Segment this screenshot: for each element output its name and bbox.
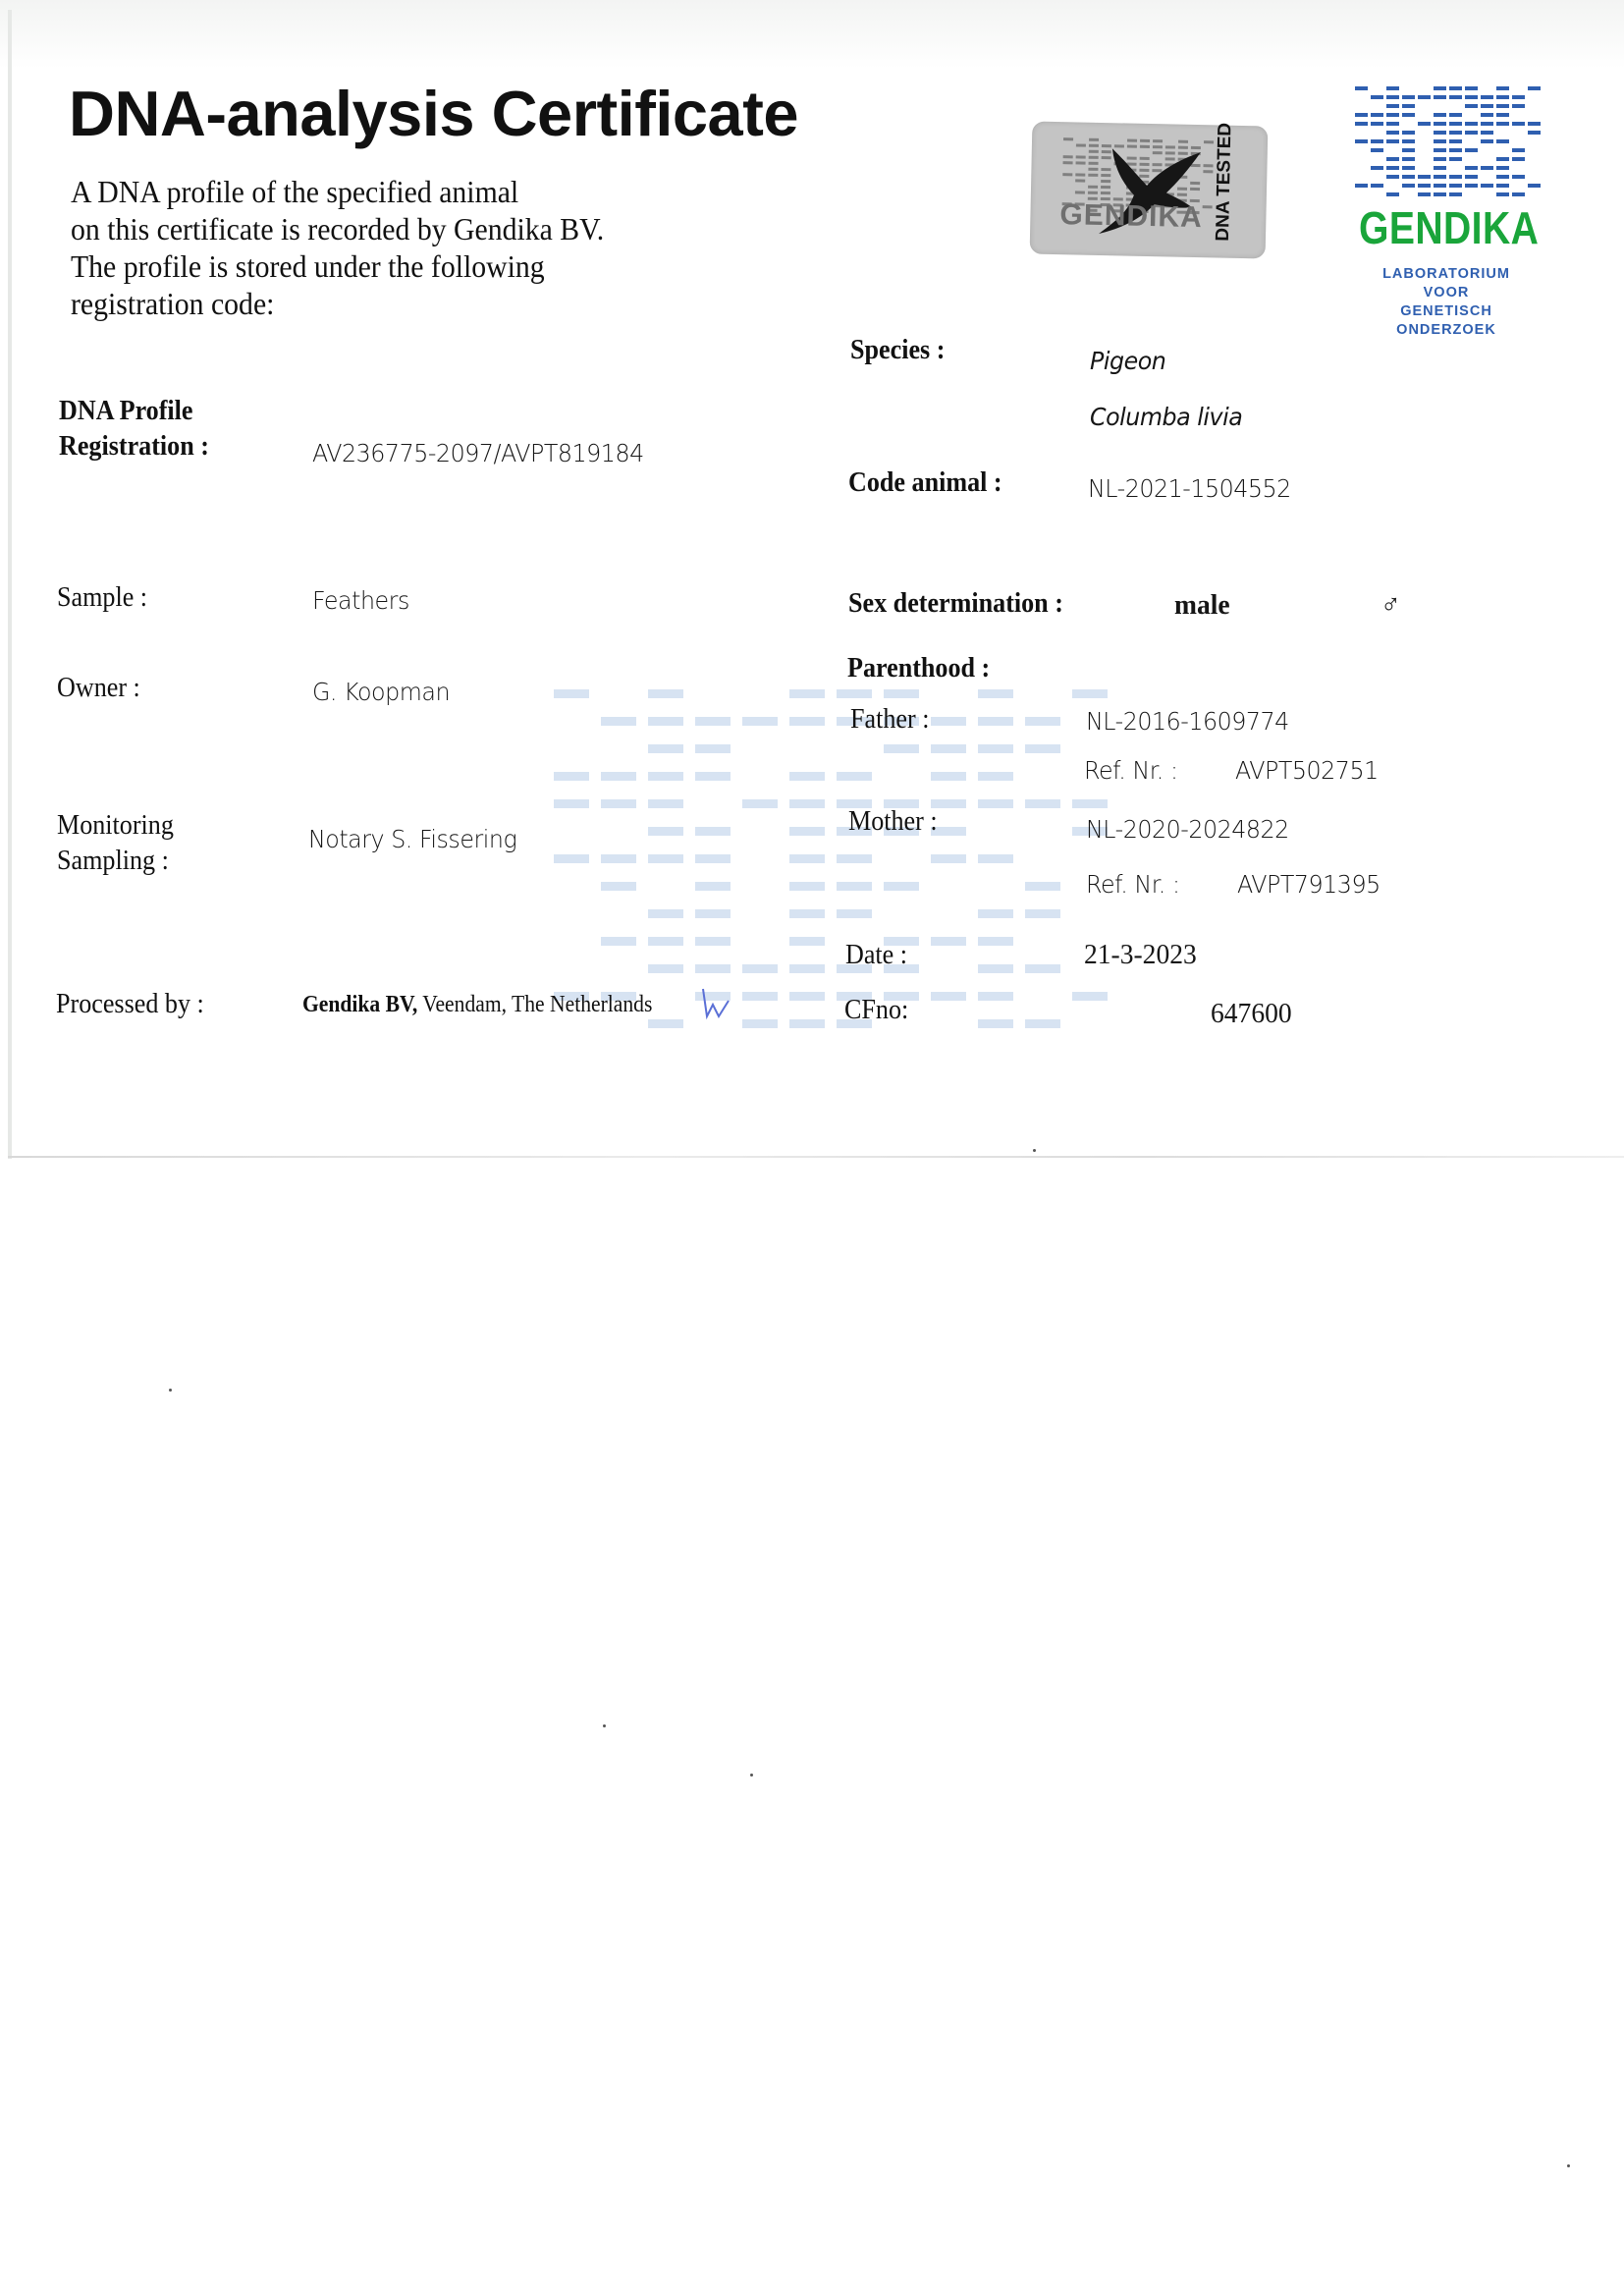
logo-subtitle-line: GENETISCH ONDERZOEK xyxy=(1358,302,1535,340)
species-latin: Columba livia xyxy=(1090,403,1242,431)
mother-ref-label: Ref. Nr. : xyxy=(1086,870,1179,899)
logo-name: GENDIKA xyxy=(1359,201,1539,254)
scan-speck xyxy=(750,1774,753,1777)
registration-label-line1: DNA Profile xyxy=(59,395,193,427)
scan-speck xyxy=(169,1389,172,1392)
code-animal-value: NL-2021-1504552 xyxy=(1088,474,1291,503)
date-value: 21-3-2023 xyxy=(1084,939,1197,971)
mother-label: Mother : xyxy=(848,805,938,838)
processed-location: Veendam, The Netherlands xyxy=(417,992,652,1017)
intro-line: A DNA profile of the specified animal xyxy=(71,173,604,210)
owner-value: G. Koopman xyxy=(312,678,450,706)
mother-ref-value: AVPT791395 xyxy=(1237,870,1380,899)
dna-tested-sticker: GENDIKA DNA TESTED xyxy=(1030,122,1269,259)
sample-value: Feathers xyxy=(312,586,409,615)
registration-value: AV236775-2097/AVPT819184 xyxy=(312,439,644,467)
page-title: DNA-analysis Certificate xyxy=(69,77,798,150)
scan-speck xyxy=(603,1724,606,1727)
sample-label: Sample : xyxy=(57,581,147,614)
cfno-label: CFno: xyxy=(844,994,908,1026)
intro-line: on this certificate is recorded by Gendi… xyxy=(71,210,604,247)
processed-value: Gendika BV, Veendam, The Netherlands xyxy=(302,992,652,1018)
monitoring-label-line2: Sampling : xyxy=(57,845,169,877)
male-symbol-icon: ♂ xyxy=(1380,589,1401,622)
processed-company: Gendika BV, xyxy=(302,992,417,1017)
owner-label: Owner : xyxy=(57,672,140,704)
logo-subtitle-line: LABORATORIUM VOOR xyxy=(1358,265,1535,302)
sticker-brand: GENDIKA xyxy=(1059,198,1203,235)
gendika-logo-icon xyxy=(1351,84,1547,202)
certificate-edge xyxy=(8,1156,1624,1158)
father-value: NL-2016-1609774 xyxy=(1086,707,1289,736)
parenthood-label: Parenthood : xyxy=(847,652,990,684)
father-ref-value: AVPT502751 xyxy=(1235,756,1379,785)
intro-line: The profile is stored under the followin… xyxy=(71,247,604,285)
monitoring-value: Notary S. Fissering xyxy=(308,825,516,853)
intro-text: A DNA profile of the specified animal on… xyxy=(71,173,604,322)
processed-label: Processed by : xyxy=(56,988,204,1020)
signature-mark-icon xyxy=(699,987,738,1026)
logo-subtitle: LABORATORIUM VOOR GENETISCH ONDERZOEK xyxy=(1358,265,1535,340)
date-label: Date : xyxy=(845,939,907,971)
mother-value: NL-2020-2024822 xyxy=(1086,815,1289,844)
dna-tested-label: DNA TESTED xyxy=(1213,123,1237,242)
sex-value: male xyxy=(1174,589,1230,622)
cfno-value: 647600 xyxy=(1211,998,1292,1030)
registration-label-line2: Registration : xyxy=(59,430,209,463)
species-common: Pigeon xyxy=(1090,347,1165,375)
intro-line: registration code: xyxy=(71,285,604,322)
father-label: Father : xyxy=(850,703,929,736)
code-animal-label: Code animal : xyxy=(848,466,1002,499)
sex-label: Sex determination : xyxy=(848,587,1063,620)
scan-speck xyxy=(1567,2164,1570,2167)
father-ref-label: Ref. Nr. : xyxy=(1084,756,1177,785)
species-label: Species : xyxy=(850,334,945,366)
scan-speck xyxy=(1033,1149,1036,1152)
monitoring-label-line1: Monitoring xyxy=(57,809,174,842)
